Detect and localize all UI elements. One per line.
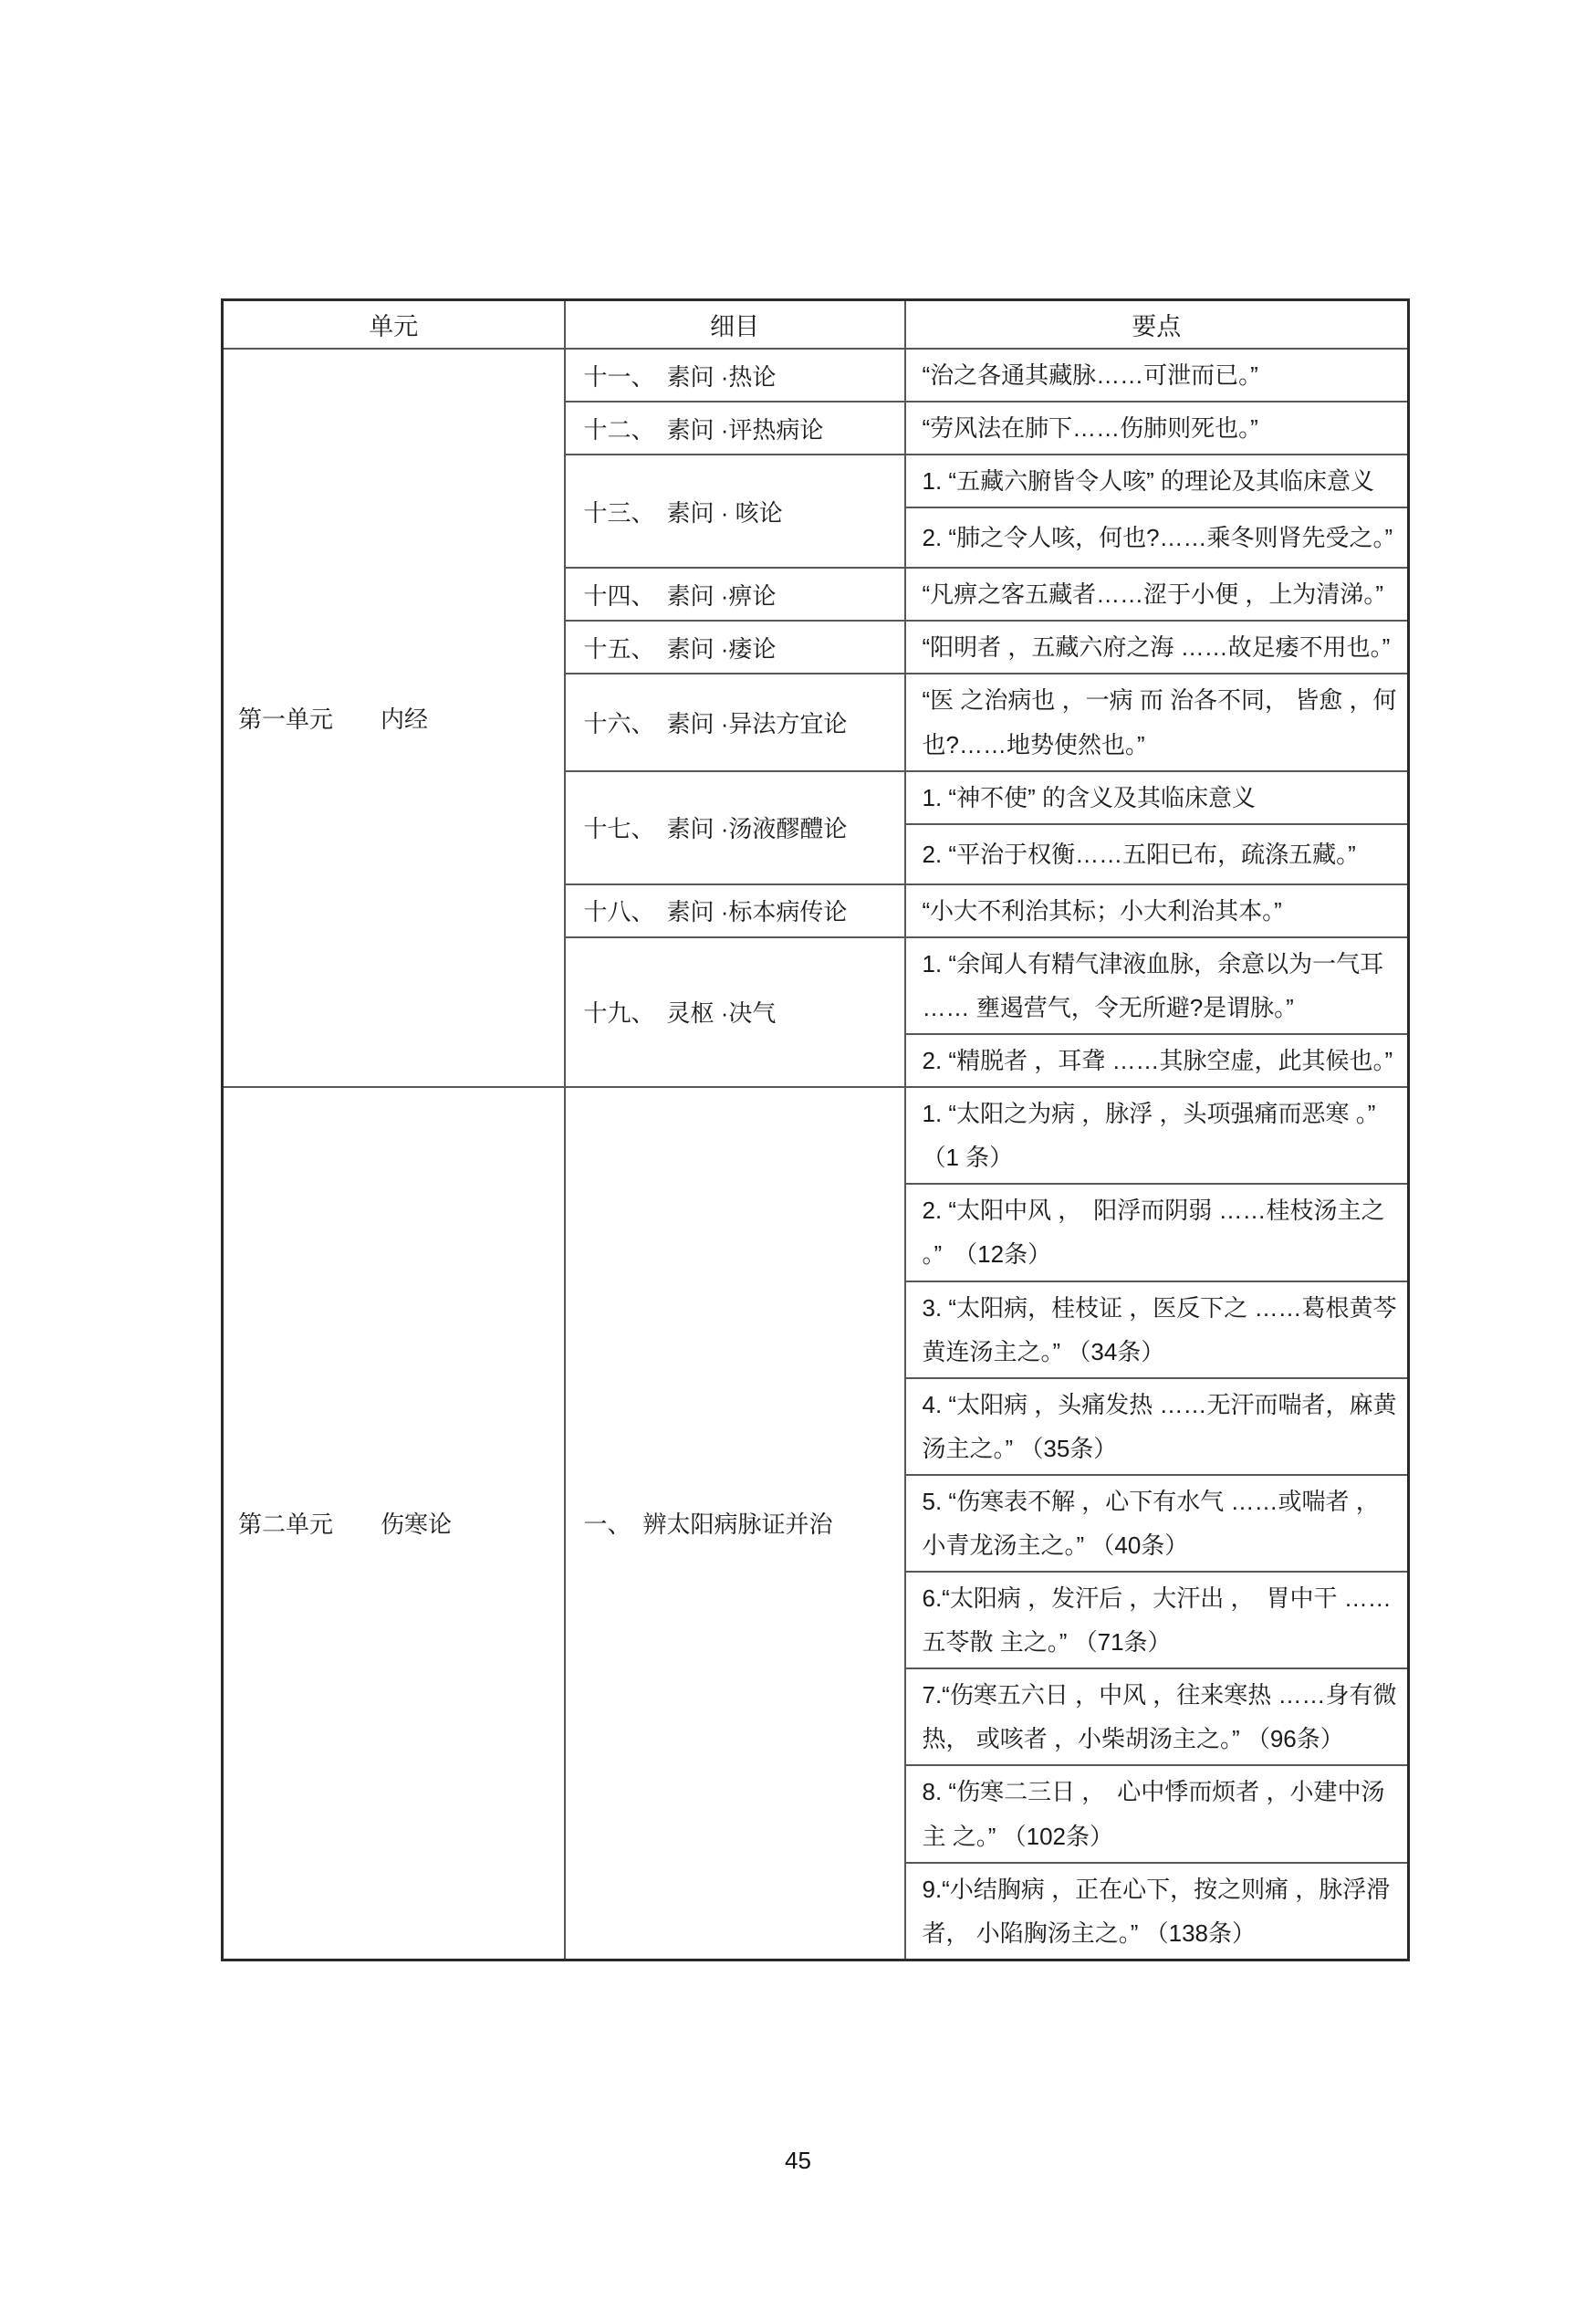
point-cell: “阳明者 ，五藏六府之海 ……故足痿不用也。”	[905, 621, 1409, 674]
point-cell: 7.“伤寒五六日 ，中风 ，往来寒热 ……身有微热， 或咳者 ，小柴胡汤主之。”…	[905, 1668, 1409, 1765]
point-cell: 6.“太阳病 ，发汗后 ，大汗出 ， 胃中干 ……五苓散 主之。” （71条）	[905, 1572, 1409, 1668]
point-cell: “劳风法在肺下……伤肺则死也。”	[905, 402, 1409, 455]
point-cell: 8. “伤寒二三日 ， 心中悸而烦者 ，小建中汤主 之。” （102条）	[905, 1765, 1409, 1862]
point-cell: 1. “余闻人有精气津液血脉，余意以为一气耳 …… 壅遏营气，令无所避?是谓脉。…	[905, 937, 1409, 1034]
unit-cell-2: 第二单元 伤寒论	[223, 1087, 565, 1960]
unit-cell-1: 第一单元 内经	[223, 349, 565, 1087]
point-cell: 1. “神不使” 的含义及其临床意义	[905, 771, 1409, 824]
detail-cell: 十三、 素问 · 咳论	[565, 455, 905, 568]
table-header-row: 单元 细目 要点	[223, 300, 1409, 350]
point-cell: 2. “太阳中风 ， 阳浮而阴弱 ……桂枝汤主之 。” （12条）	[905, 1184, 1409, 1281]
point-cell: 1. “五藏六腑皆令人咳” 的理论及其临床意义	[905, 455, 1409, 507]
detail-cell: 十九、 灵枢 ·决气	[565, 937, 905, 1087]
point-cell: 2. “肺之令人咳，何也?……乘冬则肾先受之。”	[905, 507, 1409, 568]
detail-cell: 十七、 素问 ·汤液醪醴论	[565, 771, 905, 884]
point-cell: 9.“小结胸病 ，正在心下，按之则痛 ，脉浮滑者， 小陷胸汤主之。” （138条…	[905, 1863, 1409, 1960]
syllabus-table: 单元 细目 要点 第一单元 内经 十一、 素问 ·热论 “治之各通其藏脉……可泄…	[221, 298, 1410, 1961]
point-cell: 2. “平治于权衡……五阳已布，疏涤五藏。”	[905, 824, 1409, 884]
detail-cell: 十五、 素问 ·痿论	[565, 621, 905, 674]
point-cell: “治之各通其藏脉……可泄而已。”	[905, 349, 1409, 402]
detail-cell: 十一、 素问 ·热论	[565, 349, 905, 402]
table-row: 第一单元 内经 十一、 素问 ·热论 “治之各通其藏脉……可泄而已。”	[223, 349, 1409, 402]
point-cell: “小大不利治其标；小大利治其本。”	[905, 884, 1409, 937]
point-cell: “医 之治病也 ，一病 而 治各不同， 皆愈 ，何也?……地势使然也。”	[905, 674, 1409, 770]
detail-cell: 十八、 素问 ·标本病传论	[565, 884, 905, 937]
point-cell: 5. “伤寒表不解 ，心下有水气 ……或喘者 ，小青龙汤主之。” （40条）	[905, 1475, 1409, 1572]
table-row: 第二单元 伤寒论 一、 辨太阳病脉证并治 1. “太阳之为病 ，脉浮 ，头项强痛…	[223, 1087, 1409, 1184]
column-header-unit: 单元	[223, 300, 565, 350]
detail-cell: 一、 辨太阳病脉证并治	[565, 1087, 905, 1960]
detail-cell: 十六、 素问 ·异法方宜论	[565, 674, 905, 770]
point-cell: 1. “太阳之为病 ，脉浮 ，头项强痛而恶寒 。” （1 条）	[905, 1087, 1409, 1184]
document-page: 单元 细目 要点 第一单元 内经 十一、 素问 ·热论 “治之各通其藏脉……可泄…	[0, 0, 1596, 2300]
point-cell: 3. “太阳病，桂枝证 ，医反下之 ……葛根黄芩黄连汤主之。” （34条）	[905, 1281, 1409, 1378]
point-cell: 2. “精脱者 ，耳聋 ……其脉空虚，此其候也。”	[905, 1034, 1409, 1087]
column-header-points: 要点	[905, 300, 1409, 350]
detail-cell: 十四、 素问 ·痹论	[565, 568, 905, 621]
page-number: 45	[0, 2147, 1596, 2175]
detail-cell: 十二、 素问 ·评热病论	[565, 402, 905, 455]
column-header-detail: 细目	[565, 300, 905, 350]
point-cell: 4. “太阳病 ，头痛发热 ……无汗而喘者，麻黄汤主之。” （35条）	[905, 1378, 1409, 1475]
point-cell: “凡痹之客五藏者……涩于小便 ，上为清涕。”	[905, 568, 1409, 621]
